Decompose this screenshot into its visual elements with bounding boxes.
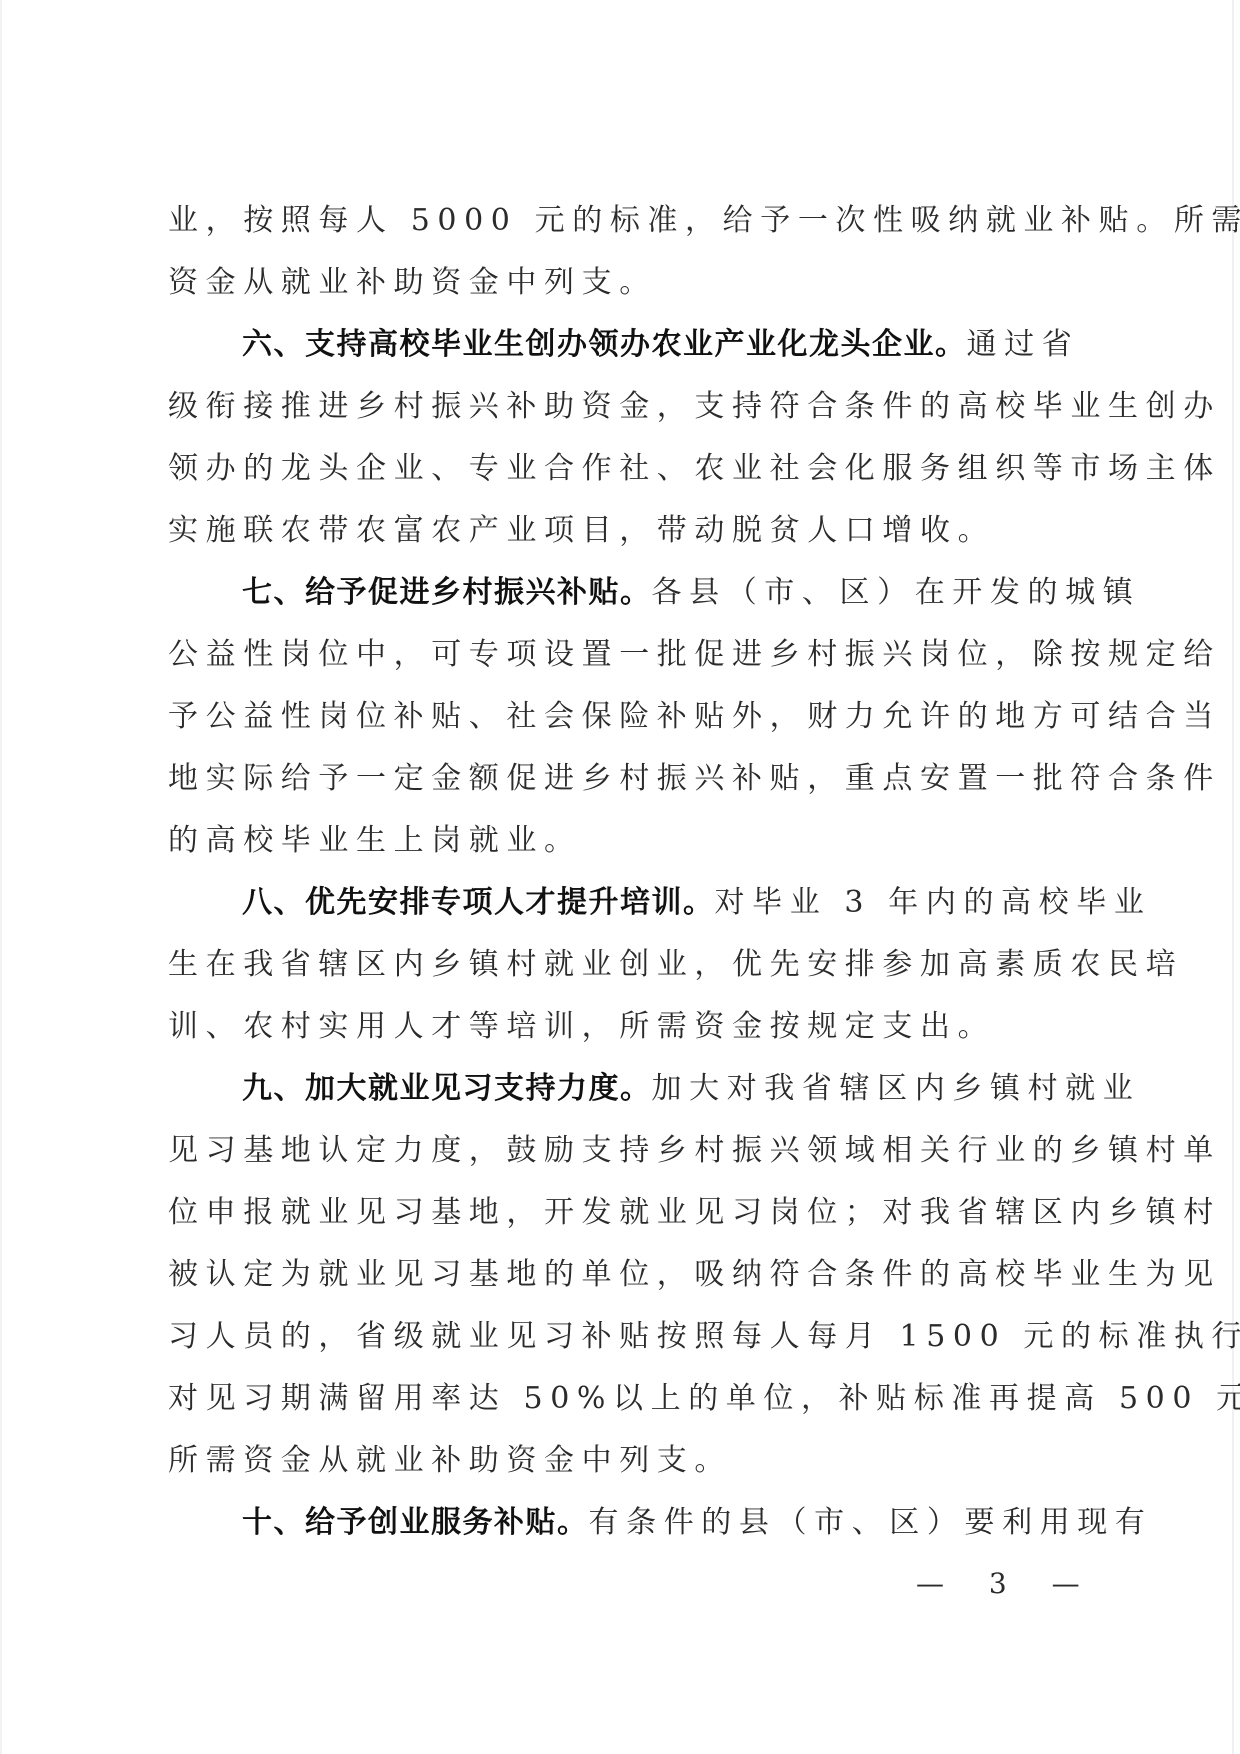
line-text: 见习基地认定力度，鼓励支持乡村振兴领域相关行业的乡镇村单: [168, 1133, 1221, 1168]
line-text: 被认定为就业见习基地的单位，吸纳符合条件的高校毕业生为见: [168, 1257, 1221, 1292]
line-text: 对见习期满留用率达 50%以上的单位，补贴标准再提高 500 元；: [168, 1381, 1240, 1416]
section-7-heading-line: 七、给予促进乡村振兴补贴。各县（市、区）在开发的城镇: [168, 562, 1073, 624]
text-line: 所需资金从就业补助资金中列支。: [168, 1430, 1073, 1492]
text-line: 位申报就业见习基地，开发就业见习岗位；对我省辖区内乡镇村: [168, 1182, 1073, 1244]
section-heading: 十、给予创业服务补贴。: [242, 1505, 589, 1540]
text-line: 训、农村实用人才等培训，所需资金按规定支出。: [168, 996, 1073, 1058]
text-line: 地实际给予一定金额促进乡村振兴补贴，重点安置一批符合条件: [168, 748, 1073, 810]
text-line: 见习基地认定力度，鼓励支持乡村振兴领域相关行业的乡镇村单: [168, 1120, 1073, 1182]
text-line: 习人员的，省级就业见习补贴按照每人每月 1500 元的标准执行；: [168, 1306, 1073, 1368]
line-text: 训、农村实用人才等培训，所需资金按规定支出。: [168, 1009, 995, 1044]
line-text: 各县（市、区）在开发的城镇: [652, 575, 1141, 610]
line-text: 生在我省辖区内乡镇村就业创业，优先安排参加高素质农民培: [168, 947, 1183, 982]
text-line: 的高校毕业生上岗就业。: [168, 810, 1073, 872]
text-line: 公益性岗位中，可专项设置一批促进乡村振兴岗位，除按规定给: [168, 624, 1073, 686]
line-text: 资金从就业补助资金中列支。: [168, 265, 657, 300]
line-text: 所需资金从就业补助资金中列支。: [168, 1443, 732, 1478]
section-heading: 九、加大就业见习支持力度。: [242, 1071, 652, 1106]
section-9-heading-line: 九、加大就业见习支持力度。加大对我省辖区内乡镇村就业: [168, 1058, 1073, 1120]
scan-edge-right: [1232, 0, 1234, 1754]
section-heading: 七、给予促进乡村振兴补贴。: [242, 575, 652, 610]
document-body: 业，按照每人 5000 元的标准，给予一次性吸纳就业补贴。所需 资金从就业补助资…: [168, 190, 1073, 1554]
section-heading: 八、优先安排专项人才提升培训。: [242, 885, 715, 920]
line-text: 的高校毕业生上岗就业。: [168, 823, 582, 858]
scan-edge-left: [0, 0, 2, 1754]
text-line: 生在我省辖区内乡镇村就业创业，优先安排参加高素质农民培: [168, 934, 1073, 996]
text-line: 被认定为就业见习基地的单位，吸纳符合条件的高校毕业生为见: [168, 1244, 1073, 1306]
page-number: — 3 —: [916, 1567, 1098, 1601]
line-text: 级衔接推进乡村振兴补助资金，支持符合条件的高校毕业生创办: [168, 389, 1221, 424]
text-line: 资金从就业补助资金中列支。: [168, 252, 1073, 314]
text-line: 实施联农带农富农产业项目，带动脱贫人口增收。: [168, 500, 1073, 562]
line-text: 领办的龙头企业、专业合作社、农业社会化服务组织等市场主体: [168, 451, 1221, 486]
line-text: 通过省: [967, 327, 1080, 362]
text-line: 予公益性岗位补贴、社会保险补贴外，财力允许的地方可结合当: [168, 686, 1073, 748]
line-text: 公益性岗位中，可专项设置一批促进乡村振兴岗位，除按规定给: [168, 637, 1221, 672]
line-text: 习人员的，省级就业见习补贴按照每人每月 1500 元的标准执行；: [168, 1319, 1240, 1354]
line-text: 地实际给予一定金额促进乡村振兴补贴，重点安置一批符合条件: [168, 761, 1221, 796]
text-line: 级衔接推进乡村振兴补助资金，支持符合条件的高校毕业生创办: [168, 376, 1073, 438]
line-text: 实施联农带农富农产业项目，带动脱贫人口增收。: [168, 513, 995, 548]
line-text: 有条件的县（市、区）要利用现有: [589, 1505, 1153, 1540]
line-text: 对毕业 3 年内的高校毕业: [715, 885, 1152, 920]
line-text: 业，按照每人 5000 元的标准，给予一次性吸纳就业补贴。所需: [168, 203, 1240, 238]
line-text: 加大对我省辖区内乡镇村就业: [652, 1071, 1141, 1106]
line-text: 予公益性岗位补贴、社会保险补贴外，财力允许的地方可结合当: [168, 699, 1221, 734]
section-6-heading-line: 六、支持高校毕业生创办领办农业产业化龙头企业。通过省: [168, 314, 1073, 376]
section-10-heading-line: 十、给予创业服务补贴。有条件的县（市、区）要利用现有: [168, 1492, 1073, 1554]
text-line: 对见习期满留用率达 50%以上的单位，补贴标准再提高 500 元；: [168, 1368, 1073, 1430]
line-text: 位申报就业见习基地，开发就业见习岗位；对我省辖区内乡镇村: [168, 1195, 1221, 1230]
text-line: 业，按照每人 5000 元的标准，给予一次性吸纳就业补贴。所需: [168, 190, 1073, 252]
text-line: 领办的龙头企业、专业合作社、农业社会化服务组织等市场主体: [168, 438, 1073, 500]
section-heading: 六、支持高校毕业生创办领办农业产业化龙头企业。: [242, 327, 967, 362]
section-8-heading-line: 八、优先安排专项人才提升培训。对毕业 3 年内的高校毕业: [168, 872, 1073, 934]
document-page: 业，按照每人 5000 元的标准，给予一次性吸纳就业补贴。所需 资金从就业补助资…: [0, 0, 1240, 1754]
